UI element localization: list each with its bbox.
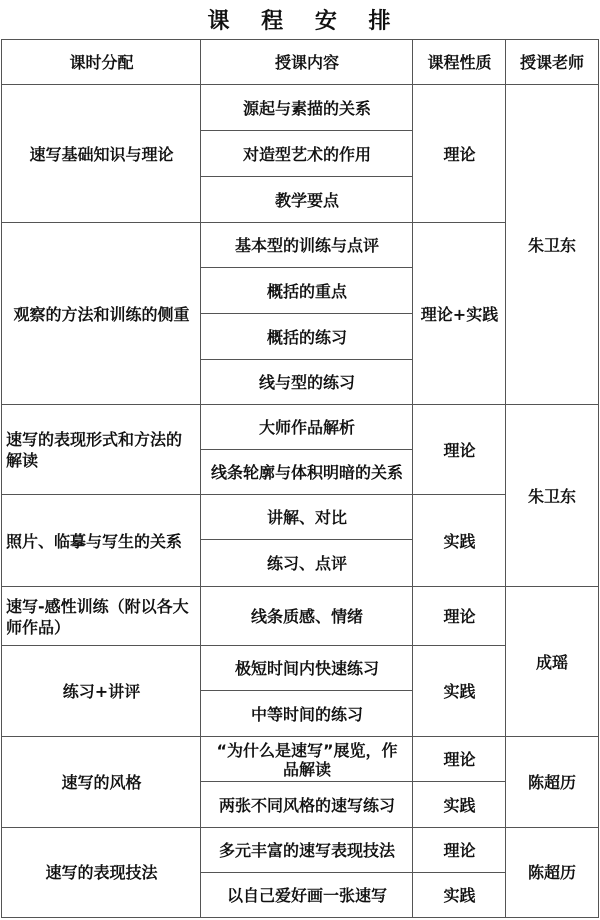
content-cell: 源起与素描的关系 [200, 84, 414, 132]
nature-cell: 理论 [412, 736, 507, 783]
page-title: 课 程 安 排 [0, 4, 600, 35]
teacher-cell: 陈超历 [505, 827, 599, 918]
header-nature: 课程性质 [412, 39, 507, 86]
session-cell: 速写基础知识与理论 [1, 84, 202, 224]
content-cell: 对造型艺术的作用 [200, 130, 414, 178]
teacher-cell: 成瑶 [505, 586, 599, 738]
session-cell: 练习+讲评 [1, 645, 202, 738]
teacher-cell: 朱卫东 [505, 84, 599, 406]
session-cell: 照片、临摹与写生的关系 [1, 494, 202, 588]
content-cell: 概括的练习 [200, 313, 414, 361]
nature-cell: 实践 [412, 645, 507, 738]
content-cell: 讲解、对比 [200, 494, 414, 541]
nature-cell: 实践 [412, 494, 507, 588]
header-session: 课时分配 [1, 39, 202, 86]
nature-cell: 理论+实践 [412, 222, 507, 406]
nature-cell: 理论 [412, 827, 507, 874]
content-cell: 教学要点 [200, 176, 414, 224]
content-cell: 基本型的训练与点评 [200, 222, 414, 269]
content-cell: “为什么是速写”展览，作品解读 [200, 736, 414, 783]
header-content: 授课内容 [200, 39, 414, 86]
content-cell: 以自己爱好画一张速写 [200, 872, 414, 918]
teacher-cell: 陈超历 [505, 736, 599, 829]
content-cell: 极短时间内快速练习 [200, 645, 414, 692]
session-cell: 速写-感性训练（附以各大师作品） [1, 586, 202, 647]
content-cell: 线条轮廓与体积明暗的关系 [200, 449, 414, 496]
header-teacher: 授课老师 [505, 39, 599, 86]
session-cell: 观察的方法和训练的侧重 [1, 222, 202, 406]
nature-cell: 实践 [412, 781, 507, 829]
content-cell: 两张不同风格的速写练习 [200, 781, 414, 829]
session-cell: 速写的表现形式和方法的解读 [1, 404, 202, 496]
content-cell: 线与型的练习 [200, 359, 414, 406]
content-cell: 中等时间的练习 [200, 690, 414, 738]
content-cell: 多元丰富的速写表现技法 [200, 827, 414, 874]
teacher-cell: 朱卫东 [505, 404, 599, 588]
nature-cell: 实践 [412, 872, 507, 918]
content-cell: 练习、点评 [200, 539, 414, 588]
content-cell: 大师作品解析 [200, 404, 414, 451]
session-cell: 速写的表现技法 [1, 827, 202, 918]
nature-cell: 理论 [412, 586, 507, 647]
nature-cell: 理论 [412, 404, 507, 496]
nature-cell: 理论 [412, 84, 507, 224]
session-cell: 速写的风格 [1, 736, 202, 829]
content-cell: 概括的重点 [200, 267, 414, 315]
content-cell: 线条质感、情绪 [200, 586, 414, 647]
